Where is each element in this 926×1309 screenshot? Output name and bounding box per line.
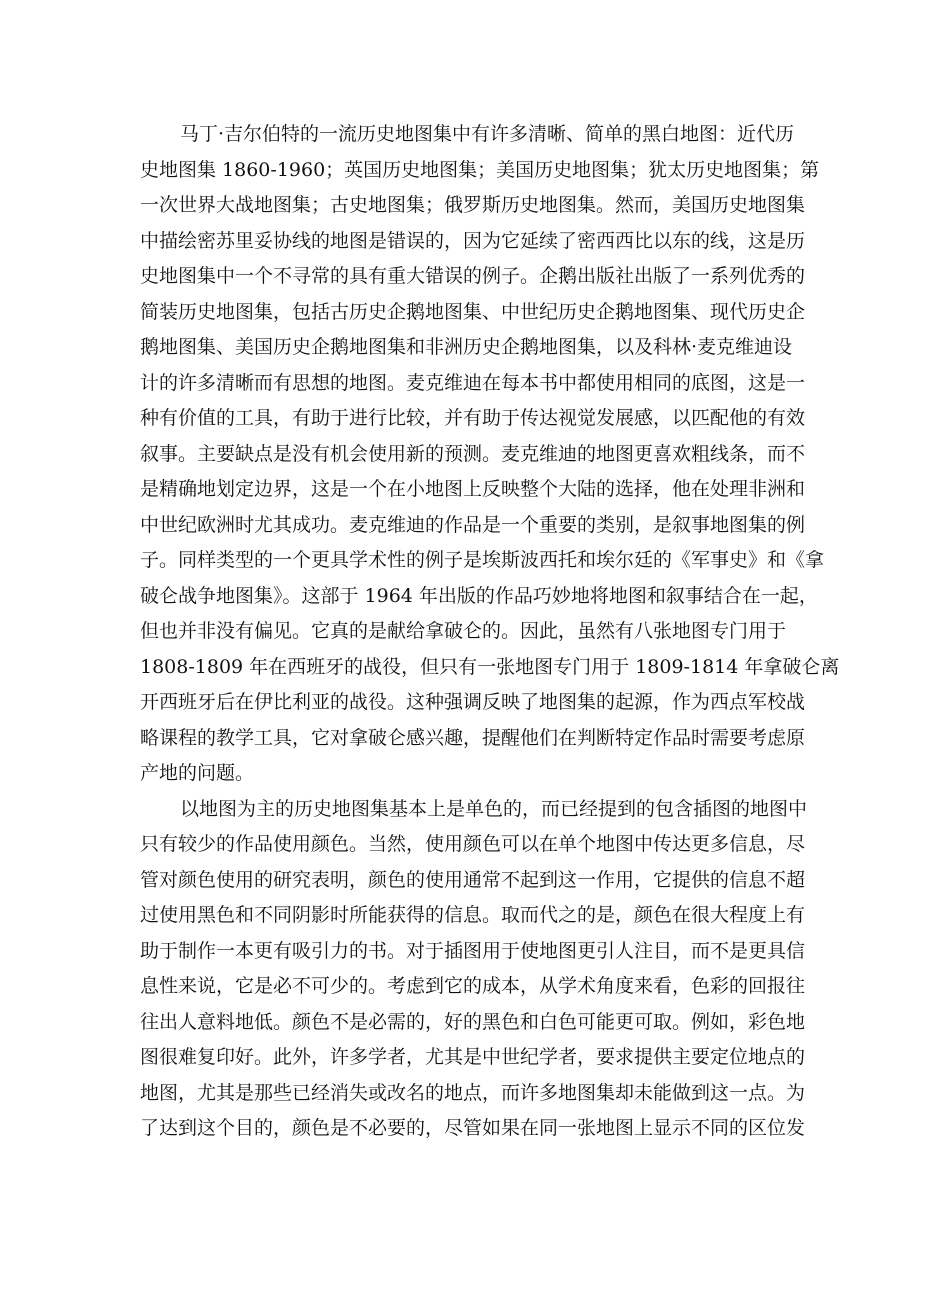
text-line: 过使用黑色和不同阴影时所能获得的信息。取而代之的是，颜色在很大程度上有 xyxy=(140,898,786,934)
text-line: 马丁·吉尔伯特的一流历史地图集中有许多清晰、简单的黑白地图：近代历 xyxy=(140,117,786,153)
text-line: 息性来说，它是必不可少的。考虑到它的成本，从学术角度来看，色彩的回报往 xyxy=(140,969,786,1005)
text-line: 叙事。主要缺点是没有机会使用新的预测。麦克维迪的地图更喜欢粗线条，而不 xyxy=(140,437,786,473)
text-line: 地图，尤其是那些已经消失或改名的地点，而许多地图集却未能做到这一点。为 xyxy=(140,1076,786,1112)
text-line: 往出人意料地低。颜色不是必需的，好的黑色和白色可能更可取。例如，彩色地 xyxy=(140,1005,786,1041)
text-line: 史地图集中一个不寻常的具有重大错误的例子。企鹅出版社出版了一系列优秀的 xyxy=(140,259,786,295)
body-text: 马丁·吉尔伯特的一流历史地图集中有许多清晰、简单的黑白地图：近代历史地图集 18… xyxy=(140,117,786,1147)
text-line: 一次世界大战地图集；古史地图集；俄罗斯历史地图集。然而，美国历史地图集 xyxy=(140,188,786,224)
paragraph-2: 以地图为主的历史地图集基本上是单色的，而已经提到的包含插图的地图中只有较少的作品… xyxy=(140,792,786,1147)
text-line: 破仑战争地图集》。这部于 1964 年出版的作品巧妙地将地图和叙事结合在一起， xyxy=(140,579,786,615)
text-line: 了达到这个目的，颜色是不必要的，尽管如果在同一张地图上显示不同的区位发 xyxy=(140,1111,786,1147)
text-line: 管对颜色使用的研究表明，颜色的使用通常不起到这一作用，它提供的信息不超 xyxy=(140,863,786,899)
text-line: 计的许多清晰而有思想的地图。麦克维迪在每本书中都使用相同的底图，这是一 xyxy=(140,366,786,402)
text-line: 鹅地图集、美国历史企鹅地图集和非洲历史企鹅地图集，以及科林·麦克维迪设 xyxy=(140,330,786,366)
text-line: 中描绘密苏里妥协线的地图是错误的，因为它延续了密西西比以东的线，这是历 xyxy=(140,224,786,260)
text-line: 子。同样类型的一个更具学术性的例子是埃斯波西托和埃尔廷的《军事史》和《拿 xyxy=(140,543,786,579)
text-line: 1808-1809 年在西班牙的战役，但只有一张地图专门用于 1809-1814… xyxy=(140,650,786,686)
document-page: 马丁·吉尔伯特的一流历史地图集中有许多清晰、简单的黑白地图：近代历史地图集 18… xyxy=(0,0,926,1309)
text-line: 开西班牙后在伊比利亚的战役。这种强调反映了地图集的起源，作为西点军校战 xyxy=(140,685,786,721)
text-line: 中世纪欧洲时尤其成功。麦克维迪的作品是一个重要的类别，是叙事地图集的例 xyxy=(140,508,786,544)
text-line: 以地图为主的历史地图集基本上是单色的，而已经提到的包含插图的地图中 xyxy=(140,792,786,828)
text-line: 产地的问题。 xyxy=(140,756,786,792)
text-line: 略课程的教学工具，它对拿破仑感兴趣，提醒他们在判断特定作品时需要考虑原 xyxy=(140,721,786,757)
paragraph-1: 马丁·吉尔伯特的一流历史地图集中有许多清晰、简单的黑白地图：近代历史地图集 18… xyxy=(140,117,786,792)
text-line: 只有较少的作品使用颜色。当然，使用颜色可以在单个地图中传达更多信息，尽 xyxy=(140,827,786,863)
text-line: 种有价值的工具，有助于进行比较，并有助于传达视觉发展感，以匹配他的有效 xyxy=(140,401,786,437)
text-line: 是精确地划定边界，这是一个在小地图上反映整个大陆的选择，他在处理非洲和 xyxy=(140,472,786,508)
text-line: 简装历史地图集，包括古历史企鹅地图集、中世纪历史企鹅地图集、现代历史企 xyxy=(140,295,786,331)
text-line: 但也并非没有偏见。它真的是献给拿破仑的。因此，虽然有八张地图专门用于 xyxy=(140,614,786,650)
text-line: 史地图集 1860-1960；英国历史地图集；美国历史地图集；犹太历史地图集；第 xyxy=(140,153,786,189)
text-line: 图很难复印好。此外，许多学者，尤其是中世纪学者，要求提供主要定位地点的 xyxy=(140,1040,786,1076)
text-line: 助于制作一本更有吸引力的书。对于插图用于使地图更引人注目，而不是更具信 xyxy=(140,934,786,970)
